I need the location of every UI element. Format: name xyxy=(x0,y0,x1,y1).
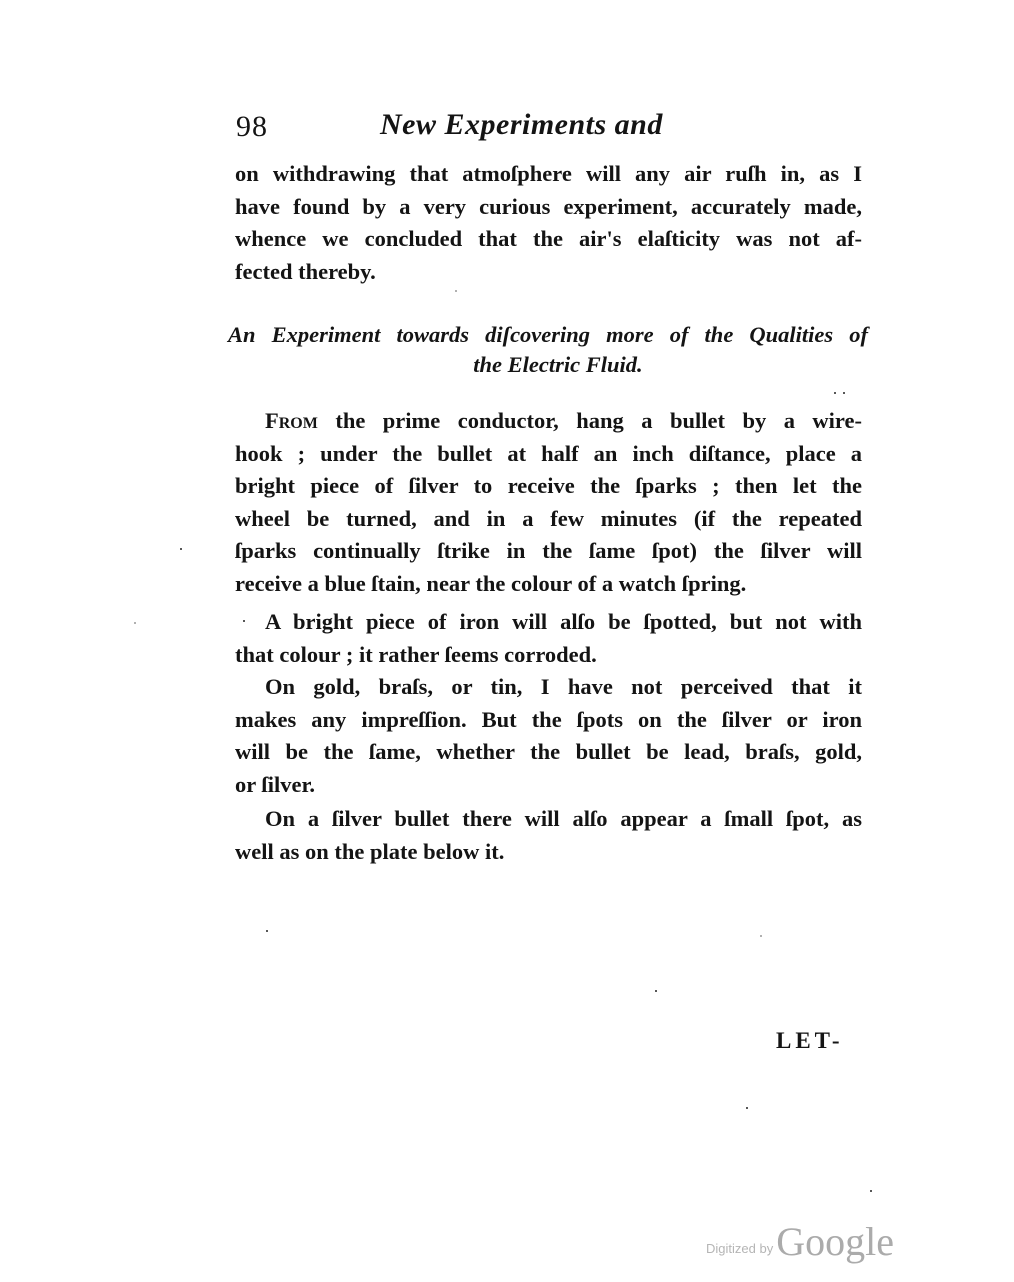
scan-speck xyxy=(243,620,245,622)
text-line: hook ; under the bullet at half an inch … xyxy=(235,438,862,471)
lead-word: From xyxy=(265,408,318,433)
text-line: whence we concluded that the air's elaſt… xyxy=(235,223,862,256)
text-line: well as on the plate below it. xyxy=(235,836,862,869)
text-line: wheel be turned, and in a few minutes (i… xyxy=(235,503,862,536)
text-line: on withdrawing that atmoſphere will any … xyxy=(235,158,862,191)
text-line: From the prime conductor, hang a bullet … xyxy=(235,405,862,438)
text-line: will be the ſame, whether the bullet be … xyxy=(235,736,862,769)
text-line: or ſilver. xyxy=(235,769,862,802)
scan-speck xyxy=(655,990,657,992)
text-line: fected thereby. xyxy=(235,256,862,289)
scan-speck xyxy=(870,1190,872,1192)
text-line: bright piece of ſilver to receive the ſp… xyxy=(235,470,862,503)
section-heading: An Experiment towards diſcovering more o… xyxy=(228,320,868,380)
section-heading-line: the Electric Fluid. xyxy=(228,350,868,380)
text-fragment: the prime conductor, hang a bullet by a … xyxy=(318,408,862,433)
text-line: have found by a very curious experiment,… xyxy=(235,191,862,224)
scan-speck xyxy=(134,622,136,624)
scan-speck xyxy=(843,392,845,394)
paragraph-silver-bullet: On a ſilver bullet there will alſo appea… xyxy=(235,803,862,868)
text-line: that colour ; it rather ſeems corroded. xyxy=(235,639,862,672)
text-line: A bright piece of iron will alſo be ſpot… xyxy=(235,606,862,639)
scan-speck xyxy=(266,930,268,932)
text-line: On a ſilver bullet there will alſo appea… xyxy=(235,803,862,836)
paragraph-from-prime-conductor: From the prime conductor, hang a bullet … xyxy=(235,405,862,600)
scan-speck xyxy=(834,392,836,394)
watermark-prefix: Digitized by xyxy=(706,1241,773,1256)
running-head-title: New Experiments and xyxy=(380,108,663,142)
page-number: 98 xyxy=(236,110,268,144)
paragraph-gold-brass-tin: On gold, braſs, or tin, I have not perce… xyxy=(235,671,862,801)
section-heading-line: An Experiment towards diſcovering more o… xyxy=(228,320,868,350)
running-head: 98 New Experiments and xyxy=(236,108,861,152)
text-line: On gold, braſs, or tin, I have not perce… xyxy=(235,671,862,704)
digitized-by-google-watermark: Digitized byGoogle xyxy=(706,1218,894,1268)
text-line: ſparks continually ſtrike in the ſame ſp… xyxy=(235,535,862,568)
scan-speck xyxy=(180,548,182,550)
continuation-paragraph: on withdrawing that atmoſphere will any … xyxy=(235,158,862,288)
google-logo-text: Google xyxy=(776,1219,894,1264)
text-line: receive a blue ſtain, near the colour of… xyxy=(235,568,862,601)
catchword: LET- xyxy=(776,1028,844,1054)
scan-speck xyxy=(455,290,457,292)
scan-speck xyxy=(746,1107,748,1109)
text-line: makes any impreſſion. But the ſpots on t… xyxy=(235,704,862,737)
paragraph-iron: A bright piece of iron will alſo be ſpot… xyxy=(235,606,862,671)
scan-speck xyxy=(760,935,762,937)
book-page: 98 New Experiments and on withdrawing th… xyxy=(0,0,1014,1282)
